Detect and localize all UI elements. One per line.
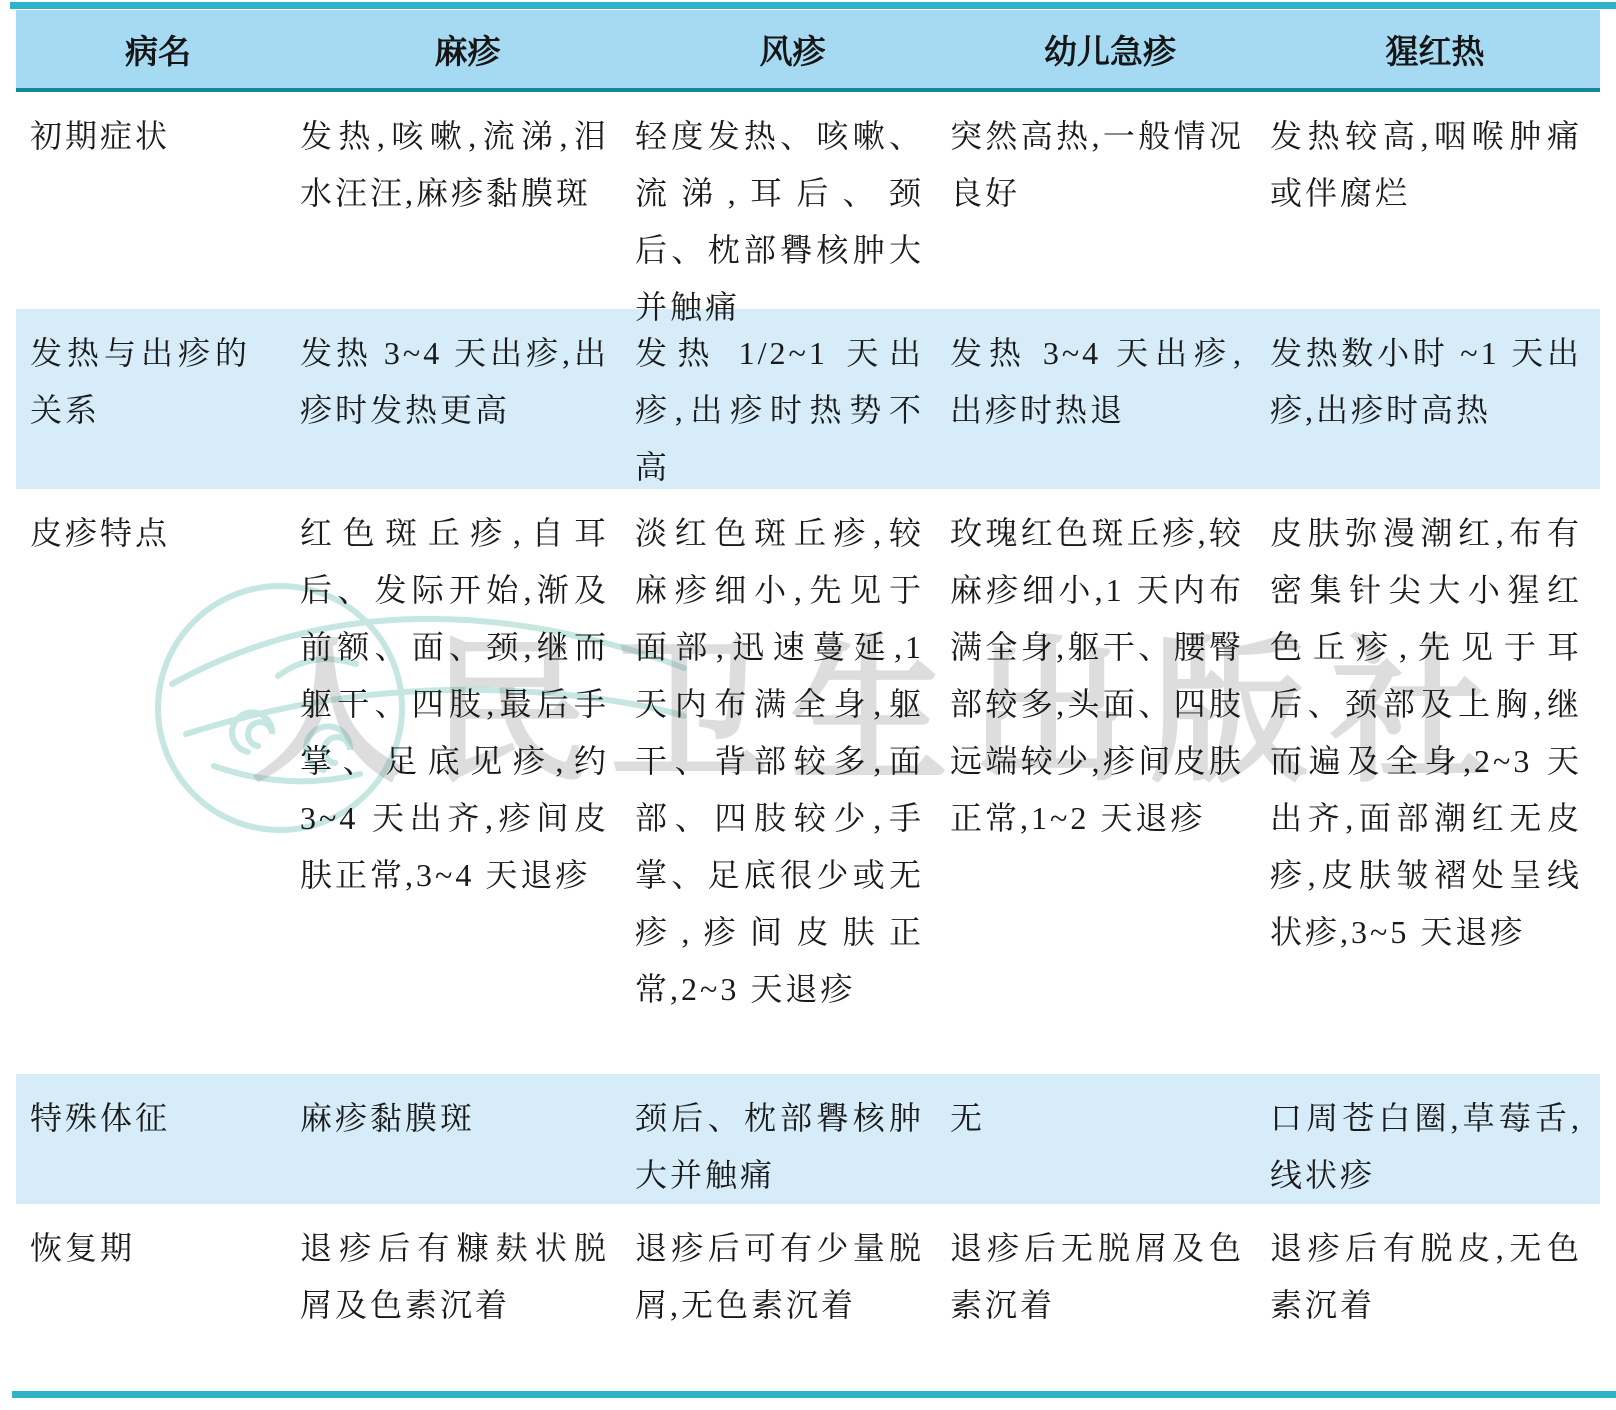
table-row-recovery-period: 恢复期 退疹后有糠麸状脱屑及色素沉着 退疹后可有少量脱屑,无色素沉着 退疹后无脱… (16, 1204, 1600, 1385)
row-label: 发热与出疹的关系 (16, 309, 300, 489)
table-cell: 皮肤弥漫潮红,布有密集针尖大小猩红色丘疹,先见于耳后、颈部及上胸,继而遍及全身,… (1270, 489, 1600, 1074)
table-cell: 退疹后有脱皮,无色素沉着 (1270, 1204, 1600, 1385)
table-cell: 颈后、枕部臖核肿大并触痛 (635, 1074, 950, 1204)
comparison-table: 病名 麻疹 风疹 幼儿急疹 猩红热 初期症状 发热,咳嗽,流涕,泪水汪汪,麻疹黏… (16, 10, 1600, 1385)
table-cell: 发热数小时 ~1 天出疹,出疹时高热 (1270, 309, 1600, 489)
table-cell: 退疹后可有少量脱屑,无色素沉着 (635, 1204, 950, 1385)
table-cell: 轻度发热、咳嗽、流涕,耳后、颈后、枕部臖核肿大并触痛 (635, 92, 950, 309)
table-cell: 发热 3~4 天出疹,出疹时发热更高 (300, 309, 635, 489)
bottom-border-line (12, 1391, 1616, 1398)
row-label: 特殊体征 (16, 1074, 300, 1204)
table-cell: 发热 3~4 天出疹,出疹时热退 (950, 309, 1270, 489)
table-cell: 退疹后无脱屑及色素沉着 (950, 1204, 1270, 1385)
top-border-line (10, 2, 1616, 9)
table-cell: 发热较高,咽喉肿痛或伴腐烂 (1270, 92, 1600, 309)
table-cell: 无 (950, 1074, 1270, 1204)
row-label: 恢复期 (16, 1204, 300, 1385)
table-cell: 退疹后有糠麸状脱屑及色素沉着 (300, 1204, 635, 1385)
row-label: 初期症状 (16, 92, 300, 309)
column-header-disease-name: 病名 (16, 26, 300, 73)
row-label: 皮疹特点 (16, 489, 300, 1074)
table-cell: 玫瑰红色斑丘疹,较麻疹细小,1 天内布满全身,躯干、腰臀部较多,头面、四肢远端较… (950, 489, 1270, 1074)
table-cell: 红色斑丘疹,自耳后、发际开始,渐及前额、面、颈,继而躯干、四肢,最后手掌、足底见… (300, 489, 635, 1074)
column-header-roseola: 幼儿急疹 (950, 26, 1270, 73)
table-row-initial-symptoms: 初期症状 发热,咳嗽,流涕,泪水汪汪,麻疹黏膜斑 轻度发热、咳嗽、流涕,耳后、颈… (16, 92, 1600, 309)
table-cell: 发热 1/2~1 天出疹,出疹时热势不高 (635, 309, 950, 489)
table-row-special-signs: 特殊体征 麻疹黏膜斑 颈后、枕部臖核肿大并触痛 无 口周苍白圈,草莓舌,线状疹 (16, 1074, 1600, 1204)
column-header-measles: 麻疹 (300, 26, 635, 73)
table-cell: 淡红色斑丘疹,较麻疹细小,先见于面部,迅速蔓延,1 天内布满全身,躯干、背部较多… (635, 489, 950, 1074)
textbook-table-page: 人民卫生出版社 病名 麻疹 风疹 幼儿急疹 猩红热 初期症状 发热,咳嗽,流涕,… (0, 0, 1616, 1410)
table-cell: 发热,咳嗽,流涕,泪水汪汪,麻疹黏膜斑 (300, 92, 635, 309)
column-header-rubella: 风疹 (635, 26, 950, 73)
table-row-rash-characteristics: 皮疹特点 红色斑丘疹,自耳后、发际开始,渐及前额、面、颈,继而躯干、四肢,最后手… (16, 489, 1600, 1074)
table-cell: 突然高热,一般情况良好 (950, 92, 1270, 309)
table-cell: 麻疹黏膜斑 (300, 1074, 635, 1204)
column-header-scarlet-fever: 猩红热 (1270, 26, 1600, 73)
table-cell: 口周苍白圈,草莓舌,线状疹 (1270, 1074, 1600, 1204)
table-header-row: 病名 麻疹 风疹 幼儿急疹 猩红热 (16, 10, 1600, 92)
table-row-fever-rash-relation: 发热与出疹的关系 发热 3~4 天出疹,出疹时发热更高 发热 1/2~1 天出疹… (16, 309, 1600, 489)
